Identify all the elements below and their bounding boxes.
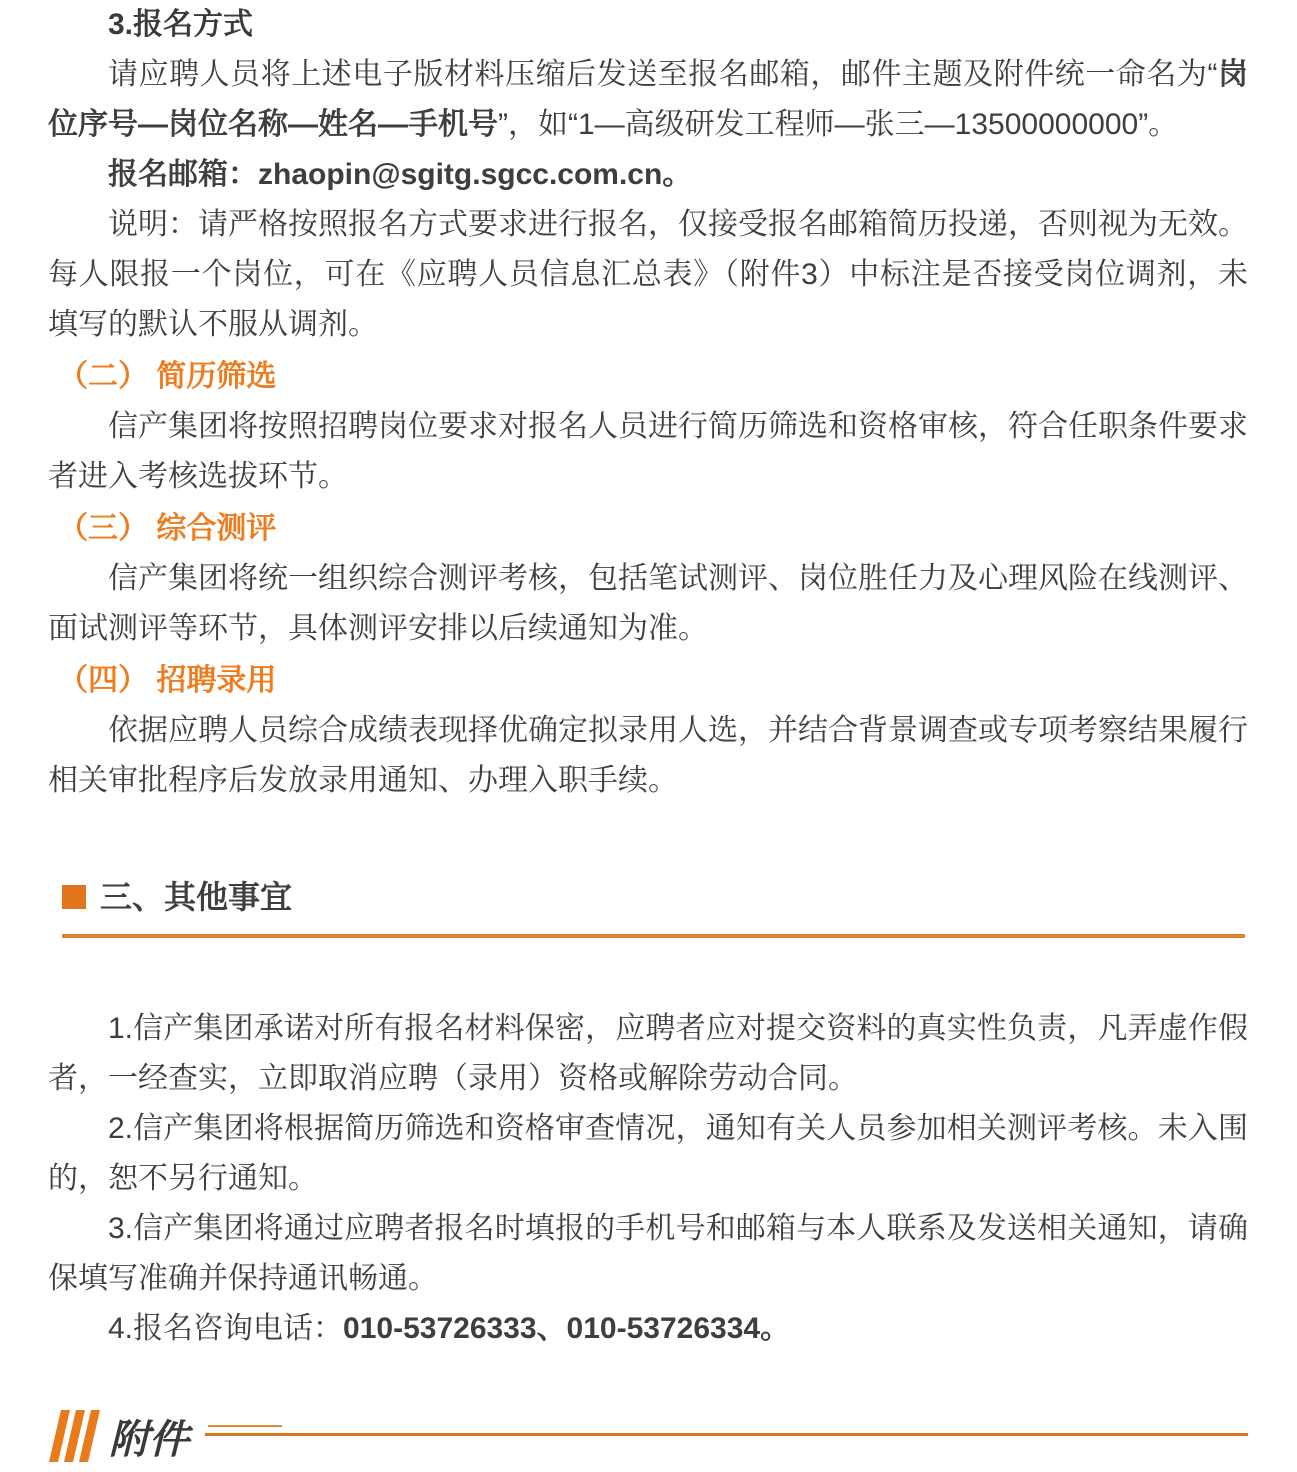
application-method-paragraph: 请应聘人员将上述电子版材料压缩后发送至报名邮箱，邮件主题及附件统一命名为“岗位序… [48, 50, 1248, 150]
attachments-short-line [208, 1425, 282, 1427]
resume-screening-paragraph: 信产集团将按照招聘岗位要求对报名人员进行简历筛选和资格审核，符合任职条件要求者进… [48, 402, 1248, 502]
application-email-line: 报名邮箱：zhaopin@sgitg.sgcc.com.cn。 [48, 150, 1248, 200]
application-naming-example: ”，如“1—高级研发工程师—张三—13500000000”。 [498, 108, 1178, 141]
phone-inquiry-label: 4.报名咨询电话： [108, 1312, 343, 1345]
other-matters-section-header: 三、其他事宜 [48, 872, 1248, 922]
attachments-label: 附件 [109, 1408, 189, 1465]
attachments-footer: 附件 [48, 1408, 1248, 1464]
subsection-resume-screening-heading: （二） 简历筛选 [48, 352, 1248, 402]
application-note-paragraph: 说明：请严格按照报名方式要求进行报名，仅接受报名邮箱简历投递，否则视为无效。每人… [48, 200, 1248, 350]
comprehensive-assessment-paragraph: 信产集团将统一组织综合测评考核，包括笔试测评、岗位胜任力及心理风险在线测评、面试… [48, 554, 1248, 654]
section-divider-line [62, 934, 1245, 938]
application-naming-prefix: 请应聘人员将上述电子版材料压缩后发送至报名邮箱，邮件主题及附件统一命名为“ [108, 58, 1217, 91]
attachments-decorative-lines [205, 1410, 1248, 1462]
document-page: 3.报名方式 请应聘人员将上述电子版材料压缩后发送至报名邮箱，邮件主题及附件统一… [0, 0, 1297, 1472]
subsection-recruitment-hiring-heading: （四） 招聘录用 [48, 656, 1248, 706]
other-matters-title: 三、其他事宜 [100, 872, 292, 922]
recruitment-hiring-paragraph: 依据应聘人员综合成绩表现择优确定拟录用人选，并结合背景调查或专项考察结果履行相关… [48, 706, 1248, 806]
phone-numbers: 010-53726333、010-53726334。 [343, 1312, 790, 1345]
other-matters-item-4: 4.报名咨询电话：010-53726333、010-53726334。 [48, 1304, 1248, 1354]
subsection-comprehensive-assessment-heading: （三） 综合测评 [48, 504, 1248, 554]
application-method-heading: 3.报名方式 [48, 0, 1248, 50]
other-matters-item-1: 1.信产集团承诺对所有报名材料保密，应聘者应对提交资料的真实性负责，凡弄虚作假者… [48, 1004, 1248, 1104]
attachment-slash-bars-icon [49, 1410, 100, 1462]
other-matters-item-3: 3.信产集团将通过应聘者报名时填报的手机号和邮箱与本人联系及发送相关通知，请确保… [48, 1204, 1248, 1304]
section-bullet-square-icon [62, 885, 86, 909]
attachments-long-line [205, 1433, 1248, 1436]
other-matters-item-2: 2.信产集团将根据简历筛选和资格审查情况，通知有关人员参加相关测评考核。未入围的… [48, 1104, 1248, 1204]
